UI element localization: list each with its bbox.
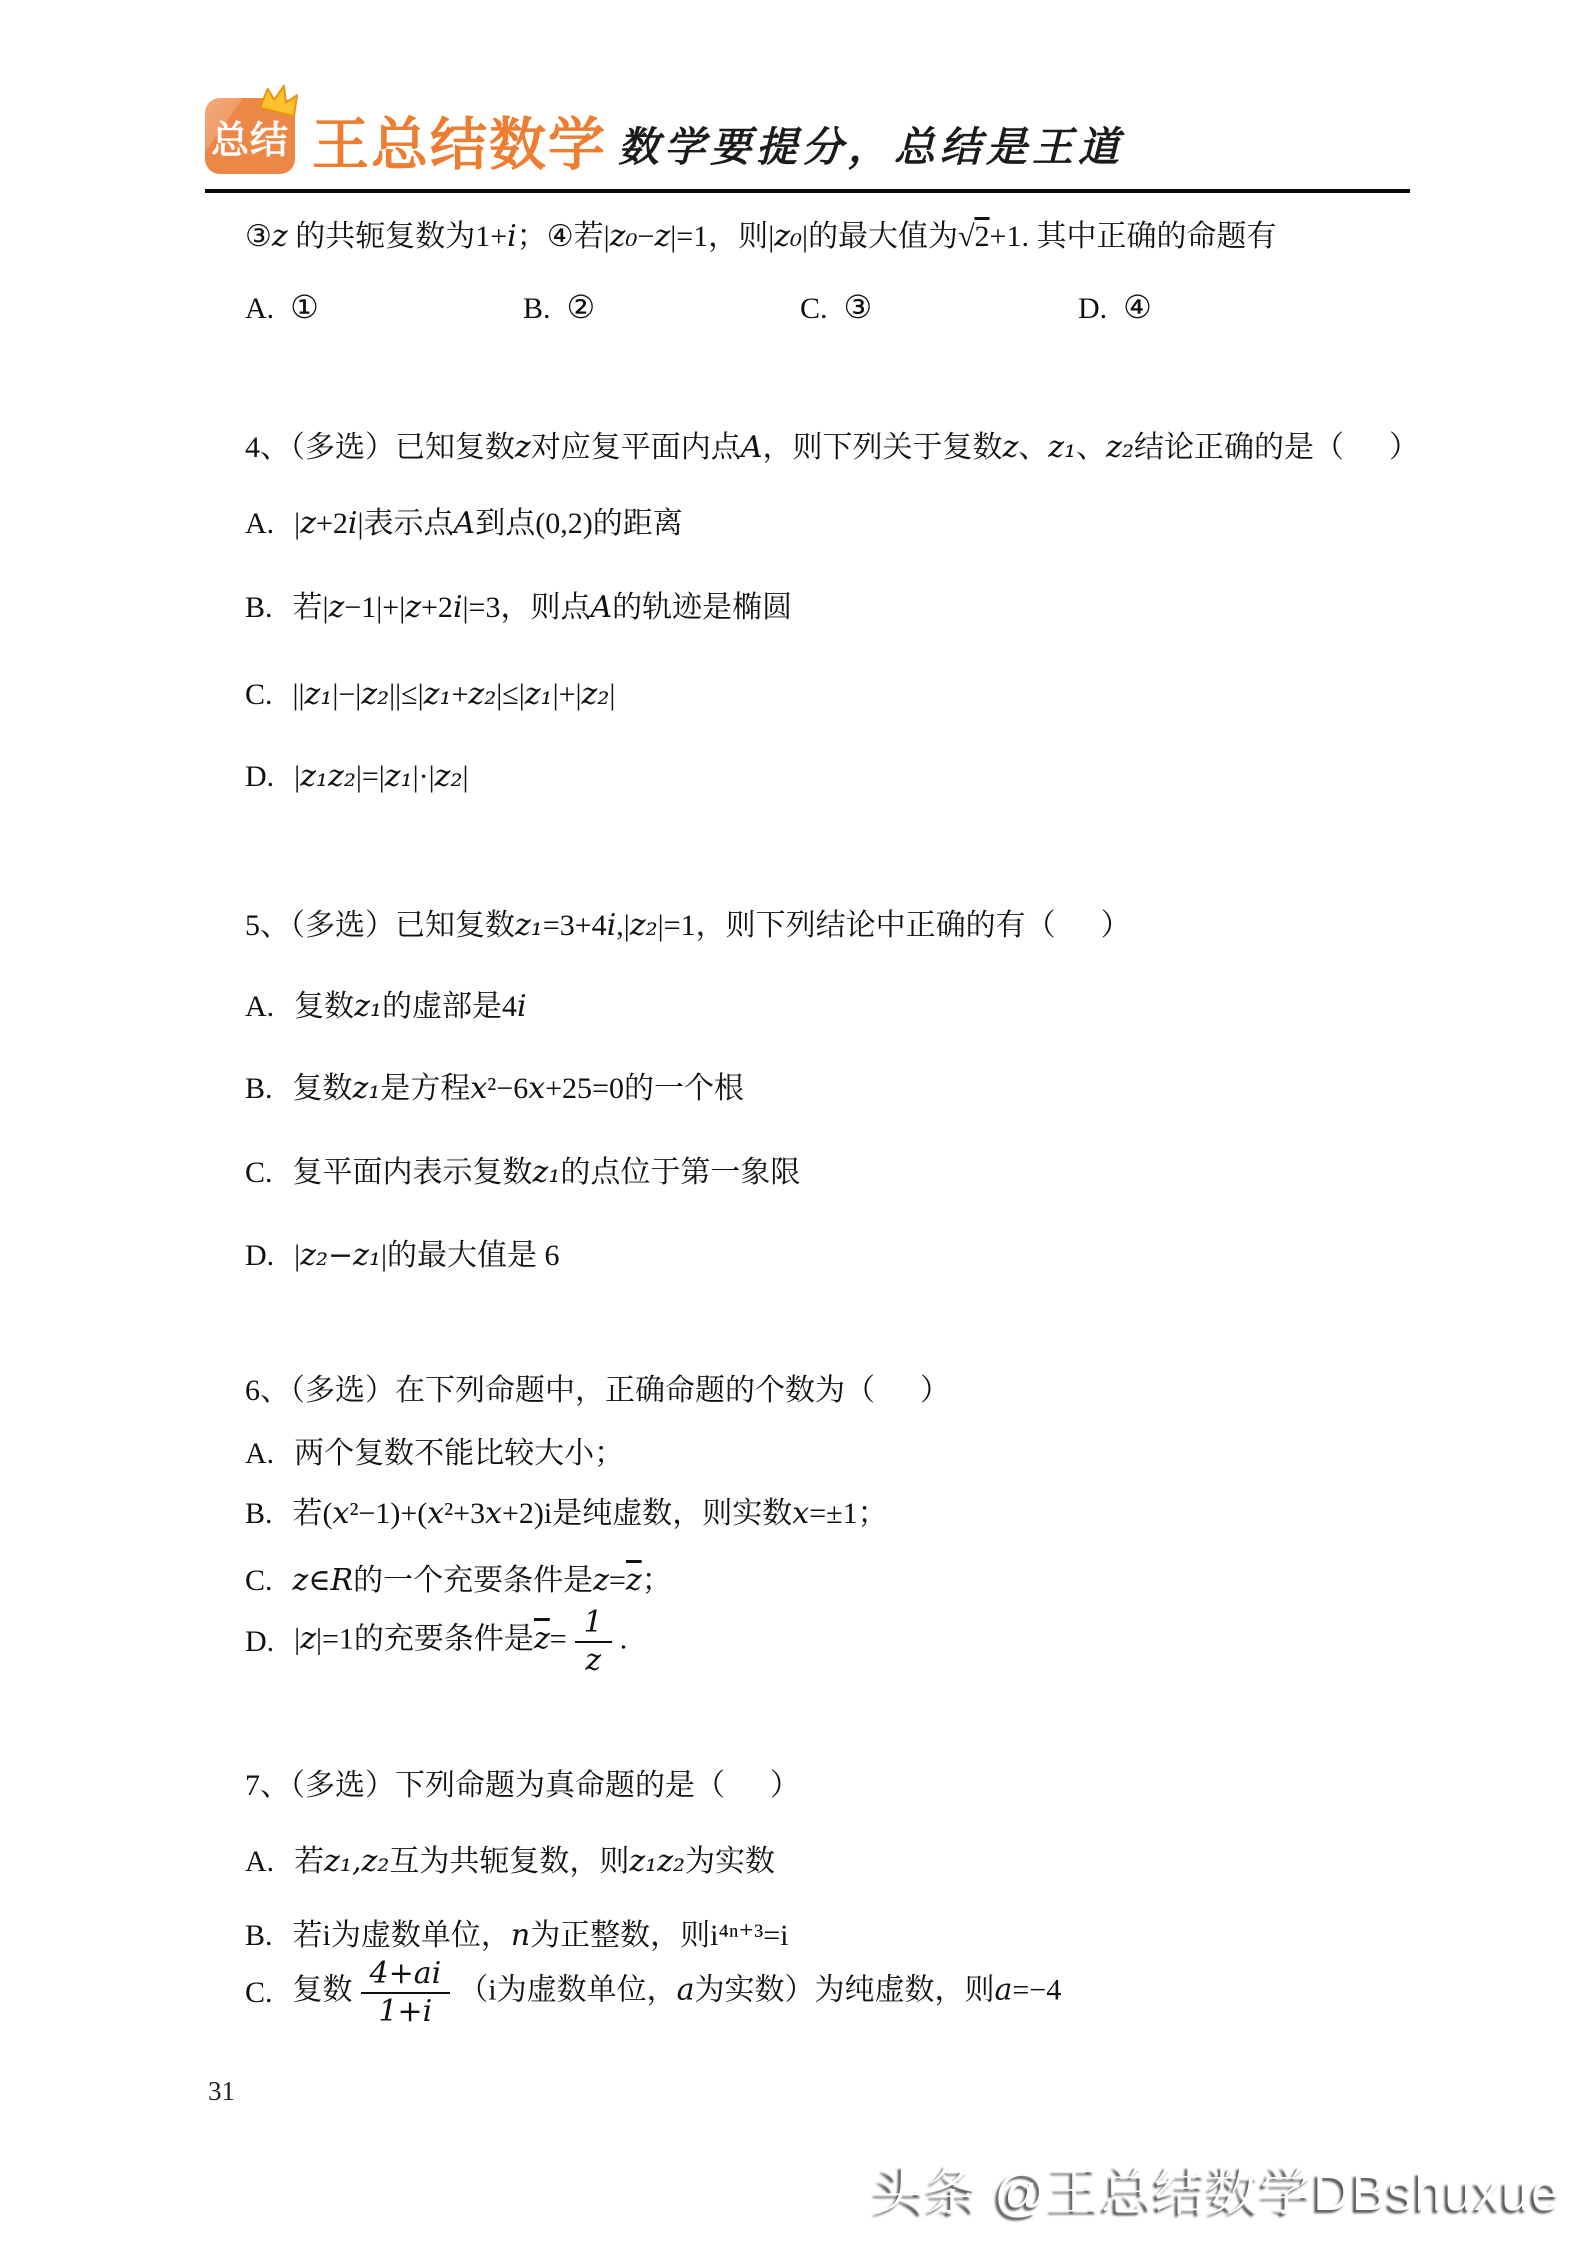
question-4-option-b: B. 若|z−1|+|z+2i|=3，则点A的轨迹是椭圆 <box>245 589 792 627</box>
statement-text: ③z 的共轭复数为1+i；④若|z₀−z|=1，则|z₀|的最大值为√2+1. … <box>245 218 1276 256</box>
worksheet-page: 总结 王总结数学 数学要提分，总结是王道 ③z 的共轭复数为1+i；④若|z₀−… <box>0 0 1587 2245</box>
option-label: B. <box>245 1917 273 1955</box>
option-text: 若(x²−1)+(x²+3x+2)i是纯虚数，则实数x=±1； <box>293 1495 888 1533</box>
header-divider <box>205 189 1410 193</box>
question-5-option-b: B. 复数z₁是方程x²−6x+25=0的一个根 <box>245 1070 744 1108</box>
option-text: z∈R的一个充要条件是z=z； <box>293 1562 672 1600</box>
option-text: 两个复数不能比较大小； <box>294 1435 624 1473</box>
circled-number: ② <box>567 289 596 325</box>
question-6-option-b: B. 若(x²−1)+(x²+3x+2)i是纯虚数，则实数x=±1； <box>245 1495 888 1533</box>
question-4-option-c: C. ||z₁|−|z₂||≤|z₁+z₂|≤|z₁|+|z₂| <box>245 676 615 714</box>
question-5-option-d: D. |z₂−z₁|的最大值是 6 <box>245 1237 560 1275</box>
option-label: A. <box>245 1843 274 1881</box>
question-7-option-b: B. 若i为虚数单位，n为正整数，则i⁴ⁿ⁺³=i <box>245 1917 789 1955</box>
option-label: D. <box>245 1623 274 1661</box>
circled-number: ① <box>290 289 319 325</box>
statement-line: ③z 的共轭复数为1+i；④若|z₀−z|=1，则|z₀|的最大值为√2+1. … <box>245 218 1276 256</box>
watermark: 头条 @王总结数学DBshuxue <box>873 2150 1561 2225</box>
option-label: D. <box>1078 292 1107 325</box>
option-label: B. <box>523 292 551 325</box>
circled-number: ④ <box>1123 289 1152 325</box>
option-text: |z₂−z₁|的最大值是 6 <box>294 1237 559 1275</box>
option-label: A. <box>245 292 274 325</box>
fraction: 1z <box>575 1607 612 1676</box>
page-number: 31 <box>208 2076 235 2107</box>
stem-text: 4、（多选）已知复数z对应复平面内点A，则下列关于复数z、z₁、z₂结论正确的是… <box>245 429 1419 467</box>
stem-text: 7、（多选）下列命题为真命题的是（ ） <box>245 1767 800 1805</box>
option-c: C.③ <box>800 287 872 328</box>
option-d: D.④ <box>1078 287 1152 328</box>
option-label: B. <box>245 1070 273 1108</box>
option-label: C. <box>800 292 828 325</box>
question-4-option-d: D. |z₁z₂|=|z₁|·|z₂| <box>245 758 469 796</box>
question-5-option-c: C. 复平面内表示复数z₁的点位于第一象限 <box>245 1154 800 1192</box>
stem-text: 6、（多选）在下列命题中，正确命题的个数为（ ） <box>245 1372 950 1410</box>
option-label: B. <box>245 589 273 627</box>
option-label: B. <box>245 1495 273 1533</box>
question-4-option-a: A. |z+2i|表示点A到点(0,2)的距离 <box>245 505 683 543</box>
question-6-option-d: D. |z|=1的充要条件是z=1z. <box>245 1607 627 1676</box>
question-6-option-c: C. z∈R的一个充要条件是z=z； <box>245 1562 672 1600</box>
question-5-stem: 5、（多选）已知复数z₁=3+4i,|z₂|=1，则下列结论中正确的有（ ） <box>245 907 1131 945</box>
option-text: |z|=1的充要条件是z=1z. <box>294 1607 627 1676</box>
option-a: A.① <box>245 287 319 328</box>
stem-text: 5、（多选）已知复数z₁=3+4i,|z₂|=1，则下列结论中正确的有（ ） <box>245 907 1131 945</box>
option-label: D. <box>245 1237 274 1275</box>
option-label: C. <box>245 1974 273 2012</box>
option-label: A. <box>245 1435 274 1473</box>
option-text: 复数z₁的虚部是4i <box>294 988 526 1026</box>
question-7-stem: 7、（多选）下列命题为真命题的是（ ） <box>245 1767 800 1805</box>
option-label: A. <box>245 505 274 543</box>
question-6-stem: 6、（多选）在下列命题中，正确命题的个数为（ ） <box>245 1372 950 1410</box>
brand-name: 王总结数学 <box>312 99 607 181</box>
option-text: 复平面内表示复数z₁的点位于第一象限 <box>293 1154 801 1192</box>
option-label: D. <box>245 758 274 796</box>
option-text: 若|z−1|+|z+2i|=3，则点A的轨迹是椭圆 <box>293 589 793 627</box>
question-7-option-c: C. 复数4+ai1+i（i为虚数单位，a为实数）为纯虚数，则a=−4 <box>245 1958 1061 2027</box>
question-4-stem: 4、（多选）已知复数z对应复平面内点A，则下列关于复数z、z₁、z₂结论正确的是… <box>245 429 1419 467</box>
option-label: C. <box>245 1154 273 1192</box>
option-text: 若z₁,z₂互为共轭复数，则z₁z₂为实数 <box>294 1843 775 1881</box>
question-6-option-a: A. 两个复数不能比较大小； <box>245 1435 624 1473</box>
option-text: ||z₁|−|z₂||≤|z₁+z₂|≤|z₁|+|z₂| <box>293 676 616 714</box>
option-b: B.② <box>523 287 595 328</box>
option-label: A. <box>245 988 274 1026</box>
question-7-option-a: A. 若z₁,z₂互为共轭复数，则z₁z₂为实数 <box>245 1843 775 1881</box>
option-text: 若i为虚数单位，n为正整数，则i⁴ⁿ⁺³=i <box>293 1917 789 1955</box>
slogan: 数学要提分，总结是王道 <box>618 114 1124 173</box>
option-label: C. <box>245 1562 273 1600</box>
option-text: 复数z₁是方程x²−6x+25=0的一个根 <box>293 1070 744 1108</box>
circled-number: ③ <box>844 289 873 325</box>
option-label: C. <box>245 676 273 714</box>
fraction: 4+ai1+i <box>361 1958 451 2027</box>
option-text: |z₁z₂|=|z₁|·|z₂| <box>294 758 468 796</box>
question-5-option-a: A. 复数z₁的虚部是4i <box>245 988 527 1026</box>
option-text: |z+2i|表示点A到点(0,2)的距离 <box>294 505 683 543</box>
option-text: 复数4+ai1+i（i为虚数单位，a为实数）为纯虚数，则a=−4 <box>293 1958 1062 2027</box>
